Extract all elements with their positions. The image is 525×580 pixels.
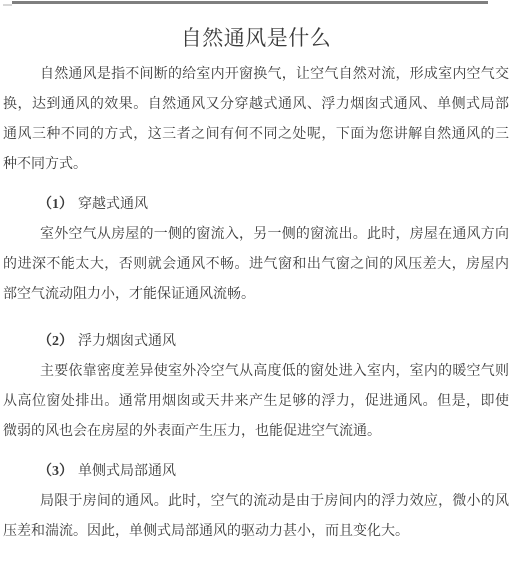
section-2-paragraph: 主要依靠密度差异使室外冷空气从高度低的窗处进入室内，室内的暖空气则从高位窗处排出…	[3, 357, 509, 447]
section-1-title: 穿越式通风	[78, 197, 148, 212]
intro-paragraph: 自然通风是指不间断的给室内开窗换气，让空气自然对流，形成室内空气交换，达到通风的…	[3, 60, 509, 180]
text-line: 从高位窗处排出。通常用烟囱或天井来产生足够的浮力，促进通风。但是，即使	[3, 387, 509, 417]
section-1-paragraph: 室外空气从房屋的一侧的窗流入，另一侧的窗流出。此时，房屋在通风方向的进深不能太大…	[3, 220, 509, 310]
section-3-title: 单侧式局部通风	[78, 464, 176, 479]
text-line: 微弱的风也会在房屋的外表面产生压力，也能促进空气流通。	[3, 417, 509, 447]
text-line: 部空气流动阻力小，才能保证通风流畅。	[3, 280, 509, 310]
text-line: 通风三种不同的方式，这三者之间有何不同之处呢，下面为您讲解自然通风的三	[3, 120, 509, 150]
document-page: 自然通风是什么 自然通风是指不间断的给室内开窗换气，让空气自然对流，形成室内空气…	[0, 23, 525, 547]
section-2-heading: （2）浮力烟囱式通风	[38, 327, 509, 357]
section-3-number: （3）	[38, 464, 73, 479]
section-2-title: 浮力烟囱式通风	[78, 334, 176, 349]
text-line: 局限于房间的通风。此时，空气的流动是由于房间内的浮力效应，微小的风	[3, 487, 509, 517]
text-line: 压差和湍流。因此，单侧式局部通风的驱动力甚小，而且变化大。	[3, 517, 509, 547]
top-divider-line	[12, 1, 488, 4]
text-line: 自然通风是指不间断的给室内开窗换气，让空气自然对流，形成室内空气交	[3, 60, 509, 90]
text-line: 种不同方式。	[3, 150, 509, 180]
text-line: 室外空气从房屋的一侧的窗流入，另一侧的窗流出。此时，房屋在通风方向	[3, 220, 509, 250]
text-line: 换，达到通风的效果。自然通风又分穿越式通风、浮力烟囱式通风、单侧式局部	[3, 90, 509, 120]
scan-artifact	[3, 4, 12, 6]
text-line: 的进深不能太大，否则就会通风不畅。进气窗和出气窗之间的风压差大，房屋内	[3, 250, 509, 280]
section-2-number: （2）	[38, 334, 73, 349]
section-1-number: （1）	[38, 197, 73, 212]
page-title: 自然通风是什么	[3, 23, 509, 53]
text-line: 主要依靠密度差异使室外冷空气从高度低的窗处进入室内，室内的暖空气则	[3, 357, 509, 387]
section-1-heading: （1）穿越式通风	[38, 190, 509, 220]
section-3-heading: （3）单侧式局部通风	[38, 457, 509, 487]
section-3-paragraph: 局限于房间的通风。此时，空气的流动是由于房间内的浮力效应，微小的风压差和湍流。因…	[3, 487, 509, 547]
